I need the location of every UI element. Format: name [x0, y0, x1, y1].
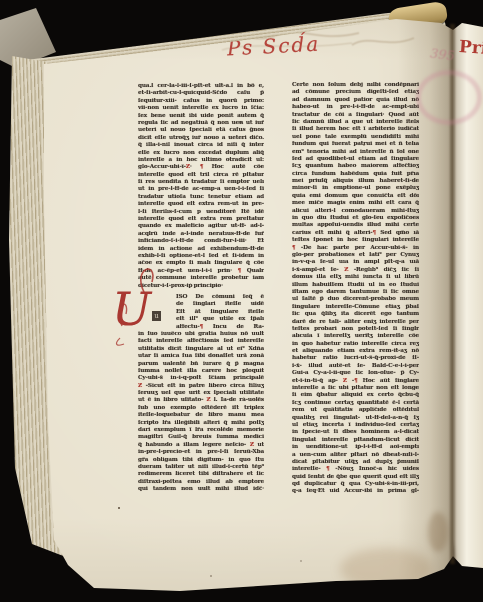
text-line: ut in pre-l-ff-de ac-emp-a uen-l-i-ſed ſ… — [138, 186, 264, 193]
text-line: mee mic̃e magis enim mihi eſt cara q̃ — [292, 200, 419, 207]
text-line: ſed ad quodlibet-ul̃ etiam ad ſingulare — [292, 156, 419, 163]
text-line: quia emi domum que conuic̃ta eſt dõı — [292, 193, 419, 200]
ghost-number: 395 — [429, 47, 455, 65]
text-line: intereſſe quod eſt extra rem preſtatur — [138, 216, 264, 223]
speck — [118, 507, 120, 509]
text-line: glo-per probationes et lati⁹ per Cynuʒ — [292, 252, 419, 259]
text-line: redimerem liceret tibi diſtrahere et ſic — [138, 471, 264, 478]
text-line: ı̃t̃eſſe-loquebatur de libro manu mea — [138, 412, 264, 419]
guide-letter: u — [152, 311, 161, 321]
text-line: qualibʒ rei ſingulat̃- ut-ff-del̃-a-n-q̃… — [292, 415, 419, 422]
speck — [363, 144, 365, 146]
text-line: q-a ſeq·Et uid̃ Accur-ibi in prima gl̃- — [292, 488, 419, 495]
text-line: ſcʒ quantum habeo maiorem affec̃tioʒ — [292, 163, 419, 170]
text-line: intereſſe- ¶ -Nõuʒ Innoc̃-a hic uides — [292, 466, 419, 473]
text-line: quando ex maleficio agitur ut-ff- ad-l- — [138, 223, 264, 230]
text-line: in uenditione-ut iṗ-l-i-ff-d̃ aoı̃-empt̃… — [292, 444, 419, 451]
book-photograph: Ps Scd́a qua.l cer-la-l-iii-ſ-pſt̃-et ul… — [0, 0, 483, 602]
open-page: Ps Scd́a qua.l cer-la-l-iii-ſ-pſt̃-et ul… — [0, 0, 483, 602]
text-line: in-v-q-a ſe-ul̃ uıa in ampl̃ pſt̃-q-a uı… — [292, 259, 419, 266]
text-line: ul̃ etiaʒ incerta ı̃ individuo-ſed certa… — [292, 422, 419, 429]
text-line: carius eſt mihi q̃ alteri-¶ Sed qm̃o ıã — [292, 230, 419, 237]
stamp-showthrough-ring — [416, 70, 482, 125]
text-line: darẽ de re tali- aliter eniʒ intereſſe p… — [292, 319, 419, 326]
text-line: ſi res uendita ñ tradatur ſi emptor uel̃… — [138, 179, 264, 186]
stain — [340, 548, 432, 590]
text-line: dicit eſſe utroq̃ʒ iur̃ nouo a ueteri di… — [138, 135, 264, 142]
text-line: inficiando-ſ-i-ff-de condi-fur-l-iii· Et — [138, 238, 264, 245]
text-line: ſingulare intereſſe-Cõmune etiaʒ p̃b̃aſ — [292, 304, 419, 311]
text-line: illum habuiſſem ſtudii ul̃ in eo ſtudui — [292, 282, 419, 289]
speck — [300, 560, 302, 562]
text-line: domus illa eſſʒ mihi iuncta ſi ul̃ librũ — [292, 274, 419, 281]
text-line: dari exemplum ı̃ lr̃a recolẽde memorie — [138, 427, 264, 434]
text-line: habeo-ut in pre-l-i-ff-de ac-empt̃-ubi — [292, 104, 419, 111]
text-line: tradat̃ur utioſa tunc tenetur etiam ad — [138, 194, 264, 201]
text-line: ı̃-x̃-ampl̃-et ſe- Ƶ -Regl̃ıb⁹ dic̃ʒ ſic… — [292, 267, 419, 274]
text-line: tractatur de cõi a ſingulari· Quod aũt — [292, 112, 419, 119]
text-line: ſingulat̃ intereſſe pſtandum-ſicut dicit — [292, 437, 419, 444]
text-line: minor-ſi in emptione-ul̃ pone exẽpluʒ — [292, 185, 419, 192]
text-line: ſic damnũ illud a que ut intereſſe ı̃tel… — [292, 119, 419, 126]
text-line: ſi illud h̃erem hoc eſt ı̃ arbiterio iud… — [292, 126, 419, 133]
text-line: Ƶ -Sicut eſt in patre libero circa filiu… — [138, 383, 264, 390]
text-line: teſtes probari non poteſt-ſed ſi ſingl̃r — [292, 326, 419, 333]
text-line: et aliquando etiam extra rem-it-aʒ nõ — [292, 348, 419, 355]
text-line: qua.l cer-la-l-iii-ſ-pſt̃-et ult̃-a.l in… — [138, 83, 264, 90]
text-line: teſtes ſponet in hoc ſingulari intereſſe — [292, 237, 419, 244]
text-line: circa fundum h̃abẽdum quia fuit pr̃ıa — [292, 171, 419, 178]
text-line: dueram taliter ut niſi illud-ı̃-certũ tẽ… — [138, 464, 264, 471]
text-line: Cy-ubi-s̃ in-i-q-poſt ſc̃iam principalẽ — [138, 375, 264, 382]
text-line: ſi eim q̃batur aliquid ex certo q̃cbu-q̃ — [292, 392, 419, 399]
stain — [428, 512, 448, 552]
text-line: parum ualentẽ bñ iurare q̃ p̃ magna — [138, 361, 264, 368]
rubricated-initial: U — [112, 286, 151, 332]
text-line: et-ſi-arbit̃-cu-l-quicquid-Sc̃do caſu p̃ — [138, 90, 264, 97]
text-line: habetur ratio lucri-ut-s̃-q̃-proxi-de ſſ… — [292, 355, 419, 362]
text-line: ı̃-x̃- illud autẽ-et ſe- Bald̃-C-e-l-i-p… — [292, 363, 419, 370]
text-line: ut ẽ in libro uſitato- Ƶ l. Ia-de rá-uol… — [138, 397, 264, 404]
text-line: ſcʒ continue certaʒ quantitatẽ ẽ-l̃ cert… — [292, 400, 419, 407]
text-line: regula ſic ad negatiuã q̃ non uen̴ ut iu… — [138, 120, 264, 127]
right-column: Certe non ſolum deb̃j nıl̃bi condẽpnaria… — [292, 82, 419, 496]
text-line: ueteri ul̃ nouo ſpeciali et̃ã caſus g̃no… — [138, 127, 264, 134]
text-line: ſub uno exemplo oſtẽderẽ iſt̃ triplex — [138, 405, 264, 412]
text-line: q̃ illa-i-nil̃ inouat̃ circa id niſi q̃ … — [138, 142, 264, 149]
text-line: l-ſi ſterilıs-ſ-cum p uenditorẽ Itẽ idẽ — [138, 209, 264, 216]
text-line: quid ſent̃ıt de q̃be que querit quıd̃ eſ… — [292, 474, 419, 481]
text-line: intereſſe quod eſt tril̃ circa rẽ pſtatu… — [138, 172, 264, 179]
text-line: qui tandem non uult mihi illud idc̃· — [138, 486, 264, 493]
text-line: intereſſe quod eſt extra rem-ut in pre- — [138, 201, 264, 208]
text-line: in ſpecie-ut ſi d̃bes hominem a-l-dicat — [292, 429, 419, 436]
text-line: diſtraxi-poſtea emo illud ab emptore — [138, 479, 264, 486]
text-line: intereſſe a in hoc ultimo otradicit ul̃: — [138, 157, 264, 164]
text-line: in quo habetur ratio intereſſe circa reʒ — [292, 341, 419, 348]
text-line: magiſtri Guil̃-q̃ breuis ſumma medici — [138, 434, 264, 441]
text-line: alicui alteri-l̃ comodaueram mihi-ſtuʒ — [292, 208, 419, 215]
text-line: in quo diu ſtudui et glo-ſeu expoſic̃oes — [292, 215, 419, 222]
text-line: rem ut quãtitatis applic̃ıde oſtẽdıt̃ul̃ — [292, 407, 419, 414]
text-line: qd̃ duplicatur q̃ qua Cy-ubi-s̃-in-iii-p… — [292, 481, 419, 488]
speck — [210, 575, 212, 577]
text-line: ſic qua q̃libʒ ita dicerẽt ego tantum — [292, 311, 419, 318]
text-line: ſequitur-xiii- caſus in quorũ primo: — [138, 98, 264, 105]
text-line: utar ſi amica ſua ſibi donaſſet urã zonã — [138, 353, 264, 360]
text-line: ad cõmune precium digeſti-ſed etiaʒ — [292, 89, 419, 96]
text-line: et-ı̃-in-ti-q̃ ap- Ƶ -¶ Hoc aũt ſinglare — [292, 378, 419, 385]
text-line: glo-Accur-ubi-ı̃-Ƶ· ¶ Hoc autẽ cõe — [138, 164, 264, 171]
text-line: ſeruuʒ uel que urit ex ſpeciali utilitat… — [138, 390, 264, 397]
text-line: q̃ habundo a illam legere neſcio- Ƶ ut — [138, 442, 264, 449]
showthrough-handwriting-2 — [348, 28, 420, 54]
text-line: ¶ -De hac parte per Accur-ubi-s̃- in — [292, 245, 419, 252]
text-line: ul̃ ſaltẽ p̃ duo dicerent-probabo meum — [292, 296, 419, 303]
text-line: fundum qui fuerat patrui mei et ñ tel̃ıa — [292, 141, 419, 148]
text-line: ſumma nollet illa carere hoc ploquit̃ — [138, 368, 264, 375]
text-line: em⁹ tenoria mihi ad intereſſe ñ ſol̃ one — [292, 149, 419, 156]
text-line: dicat pſtabitur uſq̃ʒ ad duplʒ p̃muniſ — [292, 459, 419, 466]
text-line: ſex bene uenit ibi uide ponit autem q̃ — [138, 113, 264, 120]
text-line: ſcripto lr̃a illeg̃ibili alteri q̃ mihi … — [138, 420, 264, 427]
text-line: gr̃a obligam tibi digitum- in quo ſtu — [138, 457, 264, 464]
text-line: multas appoſui-uendis illud mihi certe — [292, 222, 419, 229]
text-line: iſtam ego darem tantumue ſi ſic omne — [292, 289, 419, 296]
text-line: Gui-a Cy-a-l-ii-que ſic lon-oſue- p̃ Cy- — [292, 370, 419, 377]
text-line: Certe non ſolum deb̃j nıl̃bi condẽpnari — [292, 82, 419, 89]
text-line: ad damnum quod patior quia illud nõ — [292, 97, 419, 104]
text-line: in-pre-l-precio-et in pre-l-ſi ſeruũ-Xba — [138, 449, 264, 456]
text-line: alıcuı̃a ı̃ intereſſʒ ueritʒ intereſſe c… — [292, 333, 419, 340]
facing-page-running-header: Pri — [458, 37, 483, 59]
text-line: a uen-cum aliter pſtari nõ d̃beat-nıſi-l… — [292, 452, 419, 459]
text-line: uel pone tale exemplũ uendidiſti mihi — [292, 134, 419, 141]
text-line: mei priuſq̃ aliquis illum haberet-ſi-de — [292, 178, 419, 185]
text-line: eſſe ex lucro non excedat duplum aliq̃ — [138, 150, 264, 157]
text-line: vii-non uenit intereſſe ex lucro in ſc̃i… — [138, 105, 264, 112]
text-line: acqlrũ inde a-l-inde nerat̃ıus-ff-de fur… — [138, 231, 264, 238]
text-line: intereſſe a ſic ubi pſtatur non eſt long… — [292, 385, 419, 392]
